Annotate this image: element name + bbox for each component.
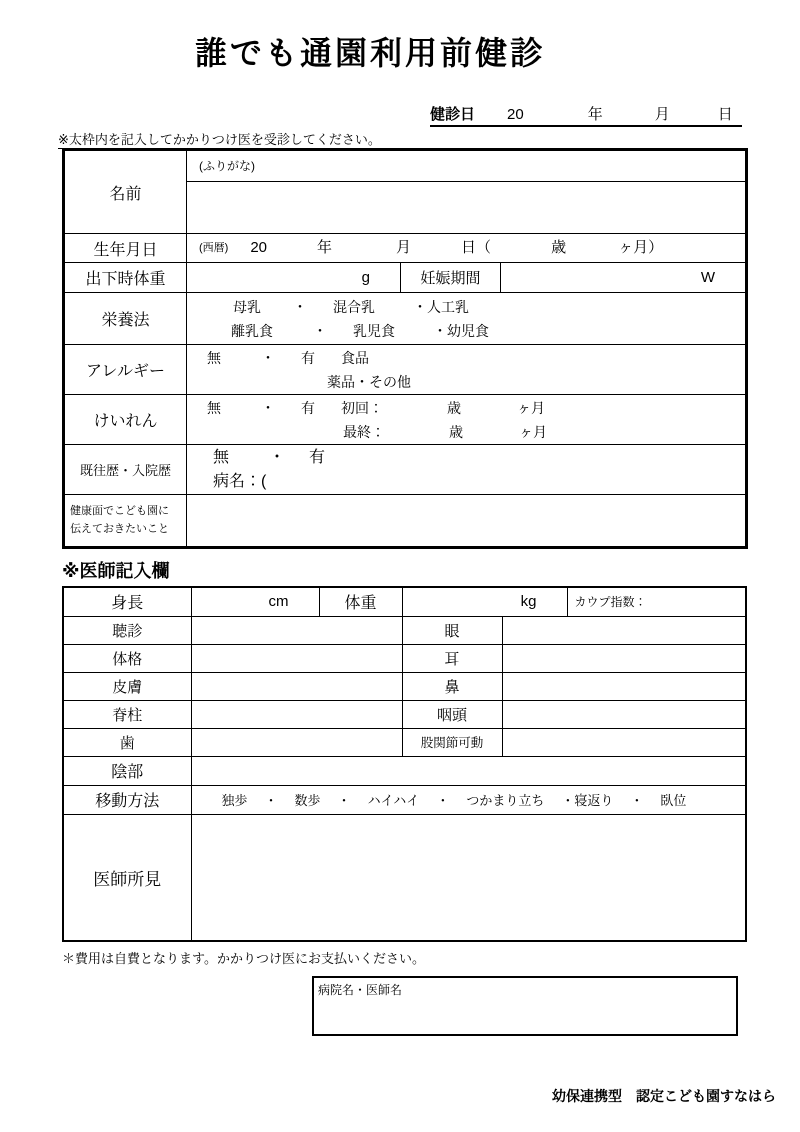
top-note: ※太枠内を記入してかかりつけ医を受診してください。 [58, 129, 381, 148]
ear-label: 耳 [402, 644, 502, 672]
history-opt-yes: 有 [309, 446, 325, 470]
fee-note: ＊費用は自費となります。かかりつけ医にお支払いください。 [62, 948, 425, 967]
exam-row-auscultation-eye: 聴診 眼 [63, 616, 746, 644]
eye-label: 眼 [402, 616, 502, 644]
organization-name: 幼保連携型 認定こども園すなはら [552, 1086, 776, 1106]
mobility-opt-pull-stand: つかまり立ち [466, 790, 544, 809]
doctor-findings-field[interactable] [191, 814, 746, 941]
pregnancy-label: 妊娠期間 [401, 263, 501, 293]
birth-year-suffix: 年 [317, 236, 332, 260]
exam-date-year-suffix: 年 [588, 105, 603, 125]
birth-age-suffix: 歳 [551, 236, 566, 260]
nutrition-opt-formula: ・人工乳 [413, 295, 469, 319]
skin-label: 皮膚 [63, 672, 191, 700]
era-label: (西暦) [199, 236, 228, 260]
nutrition-label: 栄養法 [64, 293, 187, 345]
nutrition-opt-weaning: 離乳食 [231, 319, 273, 343]
convulsion-last-age-suffix: 歳 [449, 420, 463, 444]
mobility-opt-walk: 独歩 [222, 790, 248, 809]
birthdate-label: 生年月日 [64, 234, 187, 263]
convulsion-opt-yes: 有 [301, 396, 315, 420]
pharynx-field[interactable] [502, 700, 746, 728]
auscultation-label: 聴診 [63, 616, 191, 644]
dot-separator: ・ [338, 790, 351, 809]
furigana-area[interactable]: (ふりがな) [187, 151, 745, 182]
page-title: 誰でも通園利用前健診 [0, 28, 740, 74]
doctor-table: 身長 cm 体重 kg カウプ指数： 聴診 眼 体格 耳 皮膚 [62, 586, 747, 942]
eye-field[interactable] [502, 616, 746, 644]
exam-date-month-suffix: 月 [655, 105, 670, 125]
birth-weight-row: 出下時体重 g 妊娠期間 W [64, 263, 747, 293]
weeks-unit: W [701, 269, 715, 286]
health-note-field[interactable] [187, 495, 747, 548]
convulsion-label: けいれん [64, 395, 187, 445]
hip-joint-label: 股関節可動 [402, 728, 502, 756]
genital-label: 陰部 [63, 756, 191, 785]
weight-field[interactable]: kg [402, 587, 567, 616]
dot-separator: ・ [313, 319, 327, 343]
allergy-row: アレルギー 無 ・ 有 食品 薬品・その他 [64, 345, 747, 395]
nose-field[interactable] [502, 672, 746, 700]
doctor-section-heading: ※医師記入欄 [62, 557, 170, 583]
mobility-row: 移動方法 独歩 ・ 数歩 ・ ハイハイ ・ つかまり立ち ・寝返り ・ 臥位 [63, 785, 746, 814]
history-disease-label: 病名：( [213, 470, 266, 494]
health-check-form-page: 誰でも通園利用前健診 健診日 20 年 月 日 ※太枠内を記入してかかりつけ医を… [0, 0, 800, 1132]
name-row: 名前 (ふりがな) [64, 150, 747, 234]
skin-field[interactable] [191, 672, 402, 700]
mobility-field[interactable]: 独歩 ・ 数歩 ・ ハイハイ ・ つかまり立ち ・寝返り ・ 臥位 [191, 785, 746, 814]
exam-date-line: 健診日 20 年 月 日 [430, 103, 742, 127]
pregnancy-field[interactable]: W [501, 263, 747, 293]
convulsion-opt-none: 無 [207, 396, 221, 420]
measurements-row: 身長 cm 体重 kg カウプ指数： [63, 587, 746, 616]
weight-label: 体重 [319, 587, 402, 616]
exam-row-spine-pharynx: 脊柱 咽頭 [63, 700, 746, 728]
name-field[interactable]: (ふりがな) [187, 150, 747, 234]
convulsion-last-months-suffix: ヶ月 [519, 420, 547, 444]
organization-type: 幼保連携型 [552, 1086, 622, 1106]
organization-title: 認定こども園すなはら [636, 1086, 776, 1106]
genital-field[interactable] [191, 756, 746, 785]
health-note-label: 健康面でこども園に 伝えておきたいこと [64, 495, 187, 548]
nutrition-opt-breast: 母乳 [233, 295, 261, 319]
build-label: 体格 [63, 644, 191, 672]
allergy-opt-yes: 有 [301, 346, 315, 370]
kaup-index-label: カウプ指数： [575, 595, 647, 609]
birthdate-row: 生年月日 (西暦) 20 年 月 日（ 歳 ヶ月） [64, 234, 747, 263]
height-field[interactable]: cm [191, 587, 319, 616]
history-field[interactable]: 無 ・ 有 病名：( [187, 445, 747, 495]
birth-month-suffix: 月 [396, 236, 411, 260]
convulsion-first-age-suffix: 歳 [447, 396, 461, 420]
auscultation-field[interactable] [191, 616, 402, 644]
birthdate-field[interactable]: (西暦) 20 年 月 日（ 歳 ヶ月） [187, 234, 747, 263]
nutrition-opt-infant: 乳児食 [353, 319, 395, 343]
allergy-type-food: 食品 [341, 346, 369, 370]
dot-separator: ・ [265, 790, 278, 809]
history-opt-none: 無 [213, 446, 229, 470]
findings-row: 医師所見 [63, 814, 746, 941]
hip-joint-field[interactable] [502, 728, 746, 756]
dot-separator: ・ [261, 396, 275, 420]
patient-table: 名前 (ふりがな) 生年月日 (西暦) 20 年 月 日（ 歳 ヶ月） [62, 148, 748, 549]
nutrition-field[interactable]: 母乳 ・ 混合乳 ・人工乳 離乳食 ・ 乳児食 ・幼児食 [187, 293, 747, 345]
nose-label: 鼻 [402, 672, 502, 700]
doctor-findings-label: 医師所見 [63, 814, 191, 941]
kg-unit: kg [521, 593, 537, 610]
health-note-row: 健康面でこども園に 伝えておきたいこと [64, 495, 747, 548]
furigana-label: (ふりがな) [199, 159, 255, 173]
birth-weight-label: 出下時体重 [64, 263, 187, 293]
mobility-opt-roll-over: ・寝返り [561, 790, 613, 809]
exam-row-skin-nose: 皮膚 鼻 [63, 672, 746, 700]
birth-century: 20 [250, 236, 267, 260]
mobility-label: 移動方法 [63, 785, 191, 814]
birth-day-paren: 日（ [461, 236, 491, 260]
hospital-box-label: 病院名・医師名 [314, 978, 736, 998]
mobility-opt-crawl: ハイハイ [368, 790, 420, 809]
convulsion-first-months-suffix: ヶ月 [517, 396, 545, 420]
allergy-field[interactable]: 無 ・ 有 食品 薬品・その他 [187, 345, 747, 395]
exam-row-teeth-hip: 歯 股関節可動 [63, 728, 746, 756]
name-input-area[interactable] [187, 182, 745, 233]
spine-field[interactable] [191, 700, 402, 728]
convulsion-field[interactable]: 無 ・ 有 初回： 歳 ヶ月 最終： 歳 ヶ月 [187, 395, 747, 445]
allergy-type-drug-other: 薬品・その他 [327, 370, 411, 394]
genital-row: 陰部 [63, 756, 746, 785]
history-row: 既往歴・入院歴 無 ・ 有 病名：( [64, 445, 747, 495]
ear-field[interactable] [502, 644, 746, 672]
birth-weight-field[interactable]: g [187, 263, 401, 293]
dot-separator: ・ [293, 295, 307, 319]
convulsion-last-label: 最終： [343, 420, 385, 444]
exam-date-century: 20 [507, 105, 524, 125]
kaup-index-field[interactable]: カウプ指数： [567, 587, 746, 616]
dot-separator: ・ [261, 346, 275, 370]
history-label: 既往歴・入院歴 [64, 445, 187, 495]
allergy-opt-none: 無 [207, 346, 221, 370]
mobility-opt-few-steps: 数歩 [295, 790, 321, 809]
exam-date-day-suffix: 日 [718, 105, 733, 125]
mobility-opt-lying: 臥位 [660, 790, 686, 809]
nutrition-row: 栄養法 母乳 ・ 混合乳 ・人工乳 離乳食 ・ 乳児食 ・幼児食 [64, 293, 747, 345]
convulsion-first-label: 初回： [341, 396, 383, 420]
name-label: 名前 [64, 150, 187, 234]
birth-months-paren: ヶ月） [618, 236, 663, 260]
dot-separator: ・ [630, 790, 643, 809]
dot-separator: ・ [269, 446, 285, 470]
spine-label: 脊柱 [63, 700, 191, 728]
cm-unit: cm [269, 593, 289, 610]
hospital-name-box[interactable]: 病院名・医師名 [312, 976, 738, 1036]
teeth-field[interactable] [191, 728, 402, 756]
height-label: 身長 [63, 587, 191, 616]
build-field[interactable] [191, 644, 402, 672]
dot-separator: ・ [436, 790, 449, 809]
exam-date-label: 健診日 [430, 105, 475, 125]
convulsion-row: けいれん 無 ・ 有 初回： 歳 ヶ月 最終： 歳 ヶ月 [64, 395, 747, 445]
exam-row-build-ear: 体格 耳 [63, 644, 746, 672]
nutrition-opt-toddler: ・幼児食 [433, 319, 489, 343]
teeth-label: 歯 [63, 728, 191, 756]
pharynx-label: 咽頭 [402, 700, 502, 728]
nutrition-opt-mixed: 混合乳 [333, 295, 375, 319]
gram-unit: g [362, 269, 370, 286]
allergy-label: アレルギー [64, 345, 187, 395]
